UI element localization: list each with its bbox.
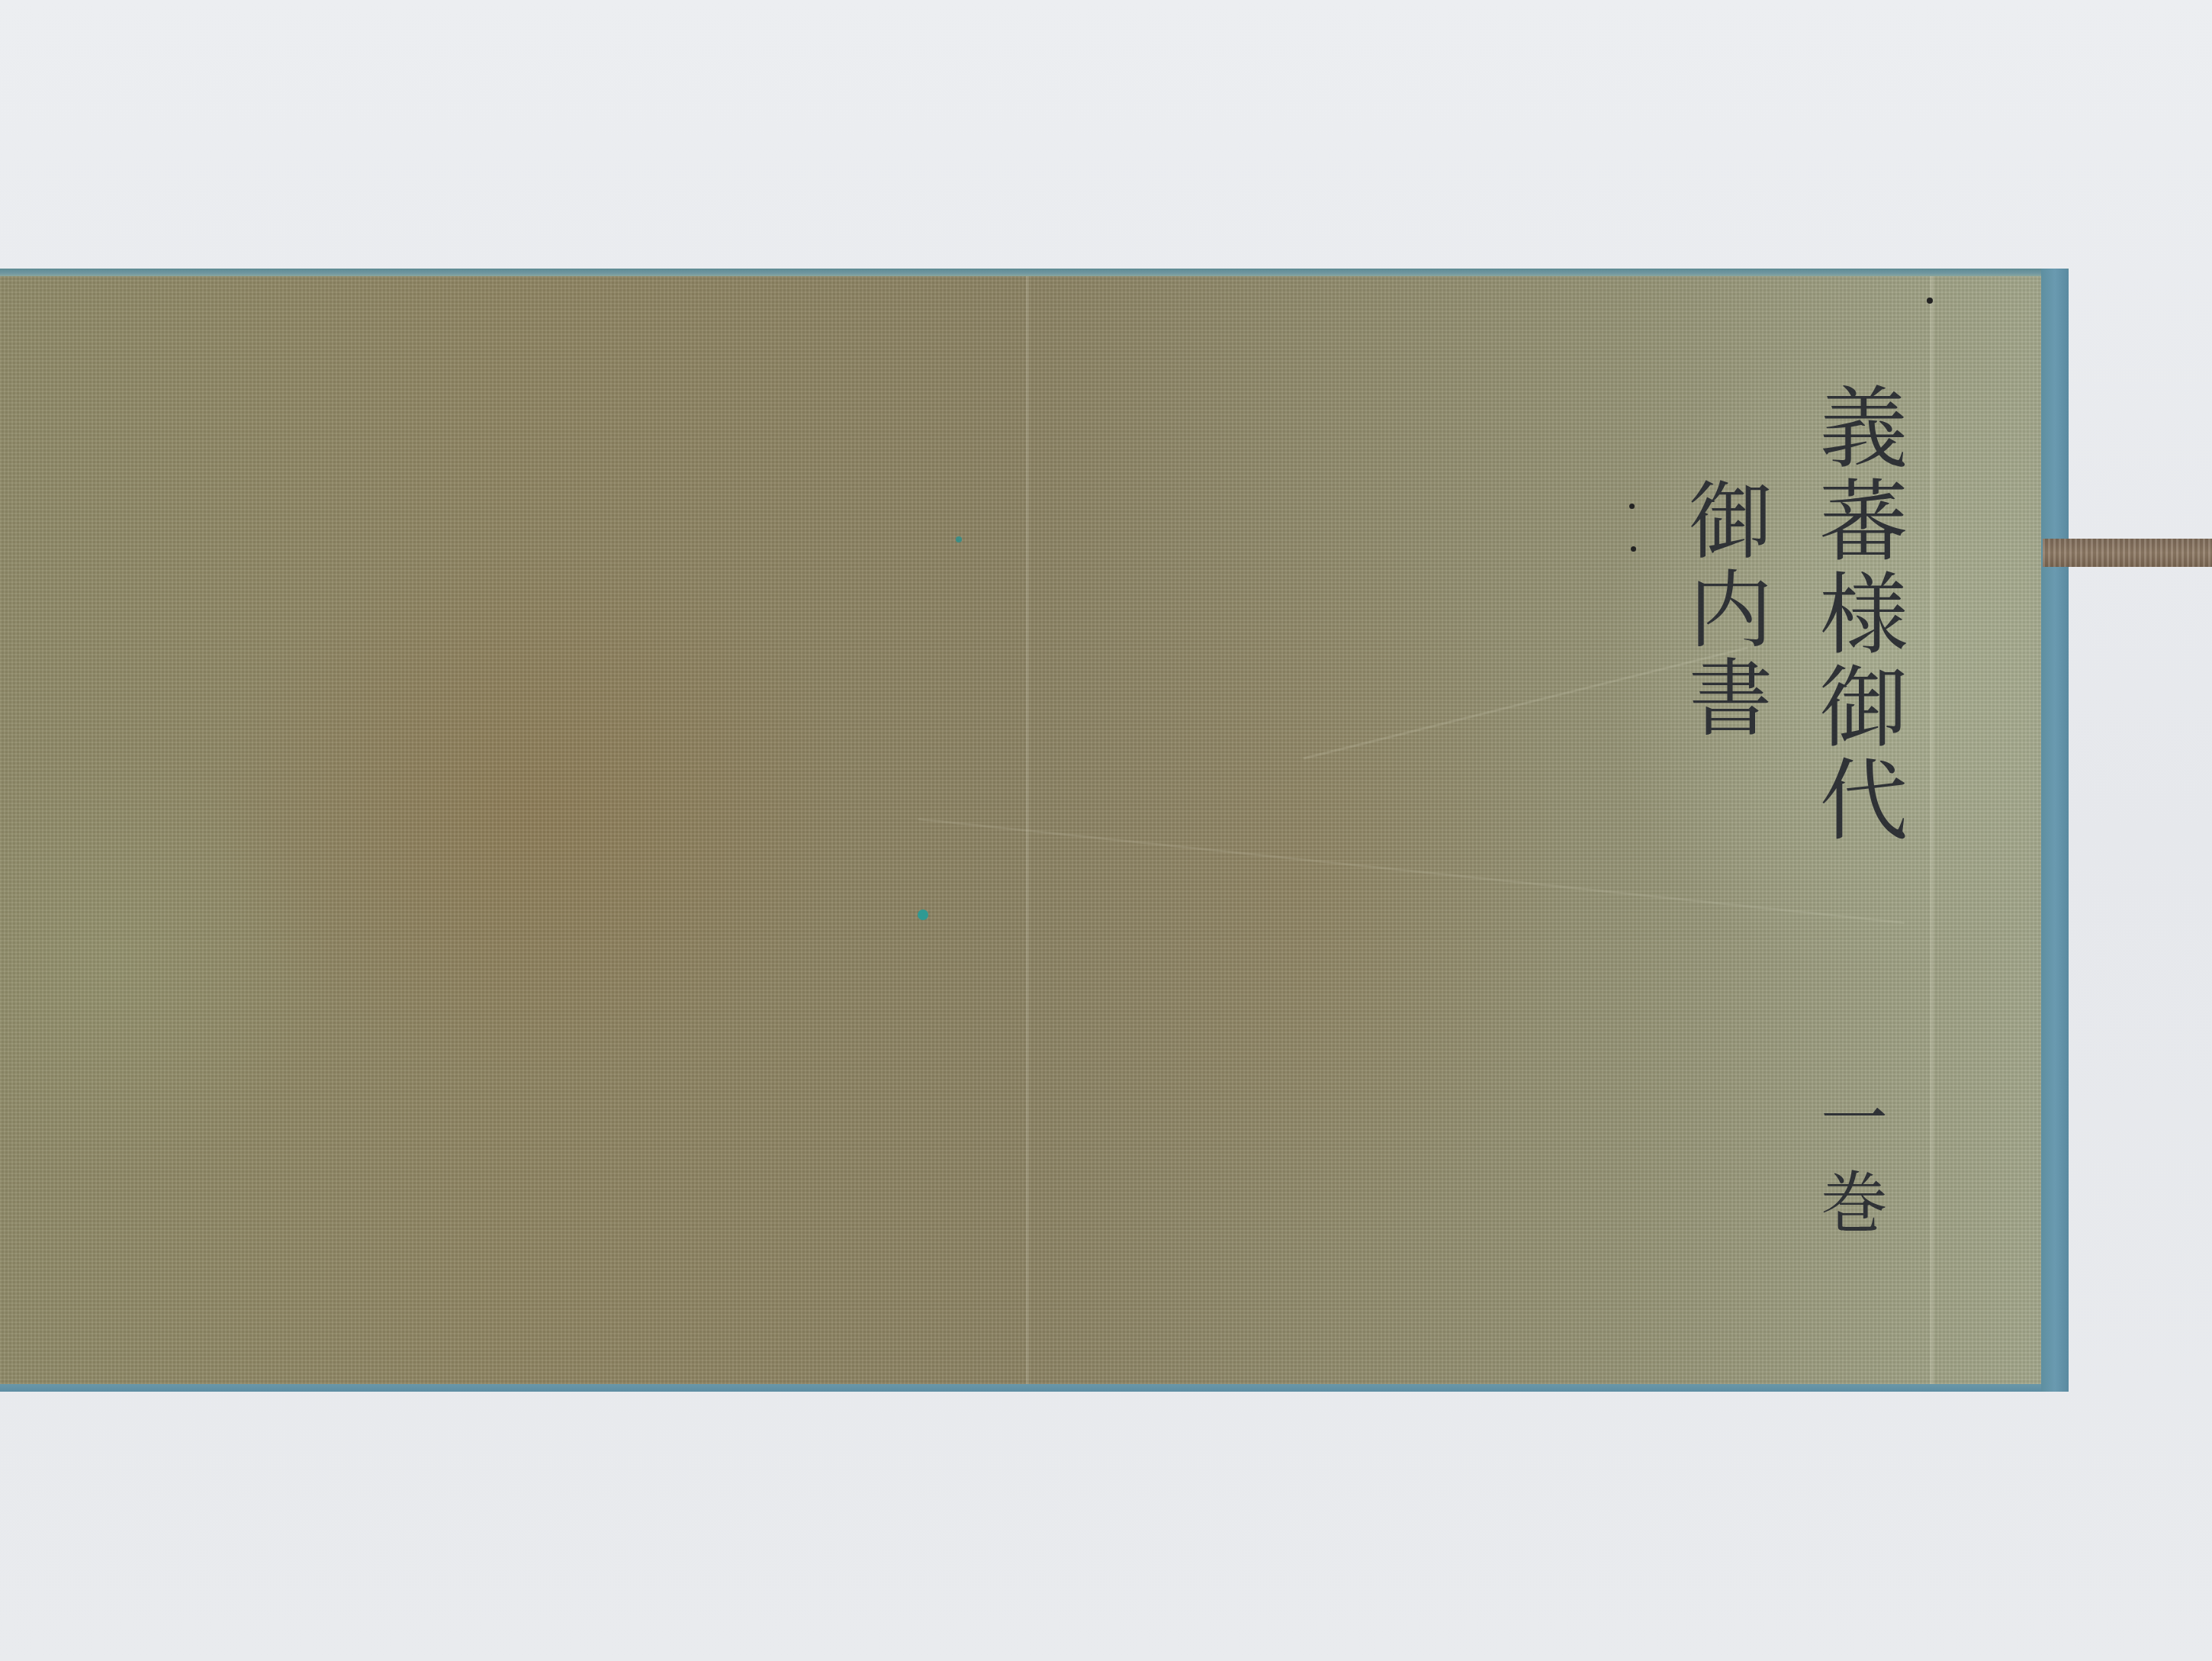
silk-cover: [0, 275, 2043, 1384]
stain-dot: [1927, 298, 1933, 304]
bottom-edge-border: [0, 1384, 2069, 1392]
handscroll: [0, 269, 2069, 1392]
top-edge-border: [0, 269, 2069, 276]
title-line-2: 御内書: [1682, 477, 1766, 742]
stain-dot: [1631, 546, 1636, 552]
volume-label: 一巻: [1815, 1083, 1882, 1251]
title-line-1: 義蕃様御代: [1812, 381, 1900, 847]
stain-teal: [918, 909, 928, 920]
tie-ribbon: [2043, 539, 2212, 567]
right-edge-border: [2041, 269, 2069, 1392]
crease: [918, 818, 1904, 924]
crease: [1930, 275, 1934, 1384]
stain-dot: [1629, 504, 1635, 509]
stain-teal: [956, 536, 962, 542]
